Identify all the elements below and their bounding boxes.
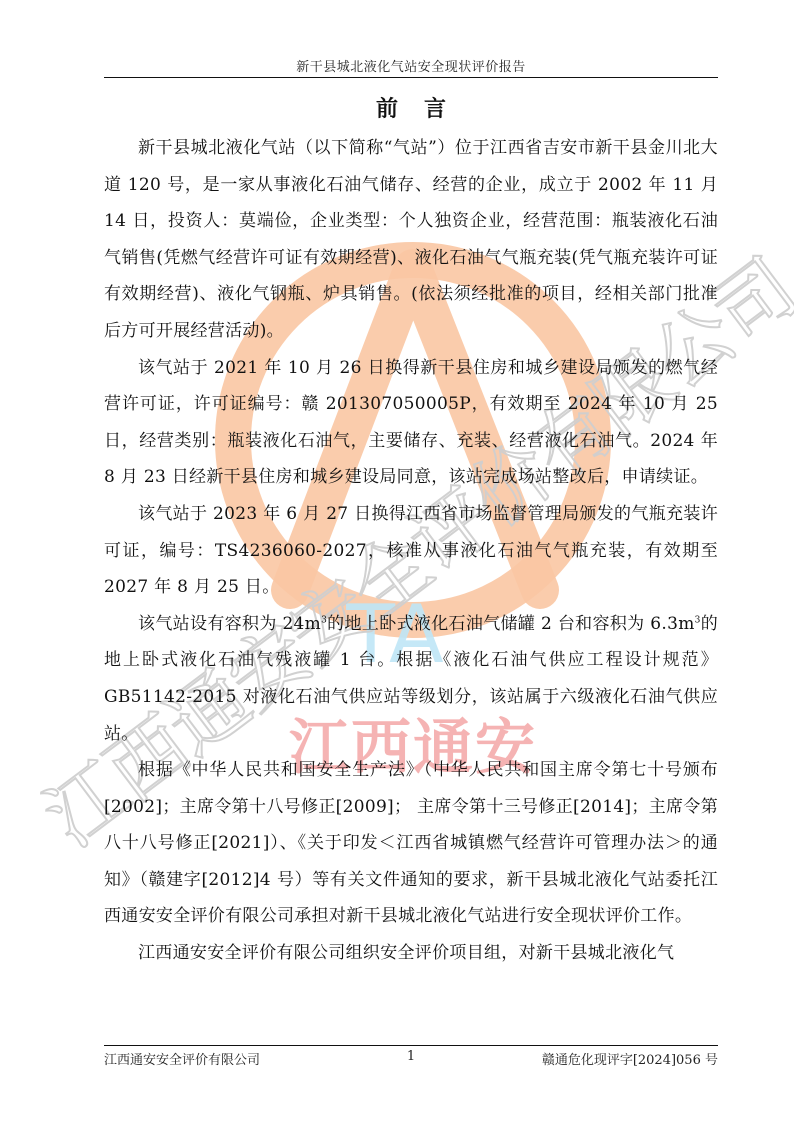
document-number: 赣通危化现评字[2024]056 号 — [542, 1049, 718, 1068]
tanks-text-part2: 的地上卧式液化石油气储罐 2 台和容积为 6.3m — [327, 614, 694, 634]
page-footer: 江西通安安全评价有限公司 1 赣通危化现评字[2024]056 号 — [104, 1049, 718, 1067]
paragraph-legal-basis: 根据《中华人民共和国安全生产法》（中华人民共和国主席令第七十号颁布[2002]；… — [104, 752, 718, 935]
paragraph-tanks: 该气站设有容积为 24m3的地上卧式液化石油气储罐 2 台和容积为 6.3m3的… — [104, 606, 718, 752]
running-header: 新干县城北液化气站安全现状评价报告 — [104, 56, 718, 78]
footer-divider — [104, 1045, 718, 1046]
document-body: 新干县城北液化气站（以下简称“气站”）位于江西省吉安市新干县金川北大道 120 … — [104, 130, 718, 972]
paragraph-gas-license: 该气站于 2021 年 10 月 26 日换得新干县住房和城乡建设局颁发的燃气经… — [104, 350, 718, 496]
section-title: 前言 — [104, 92, 718, 123]
tanks-text-part1: 该气站设有容积为 24m — [138, 614, 321, 634]
paragraph-cylinder-license: 该气站于 2023 年 6 月 27 日换得江西省市场监督管理局颁发的气瓶充装许… — [104, 496, 718, 606]
paragraph-evaluation-team: 江西通安安全评价有限公司组织安全评价项目组，对新干县城北液化气 — [104, 935, 718, 972]
paragraph-intro: 新干县城北液化气站（以下简称“气站”）位于江西省吉安市新干县金川北大道 120 … — [104, 130, 718, 350]
header-divider — [104, 77, 718, 78]
